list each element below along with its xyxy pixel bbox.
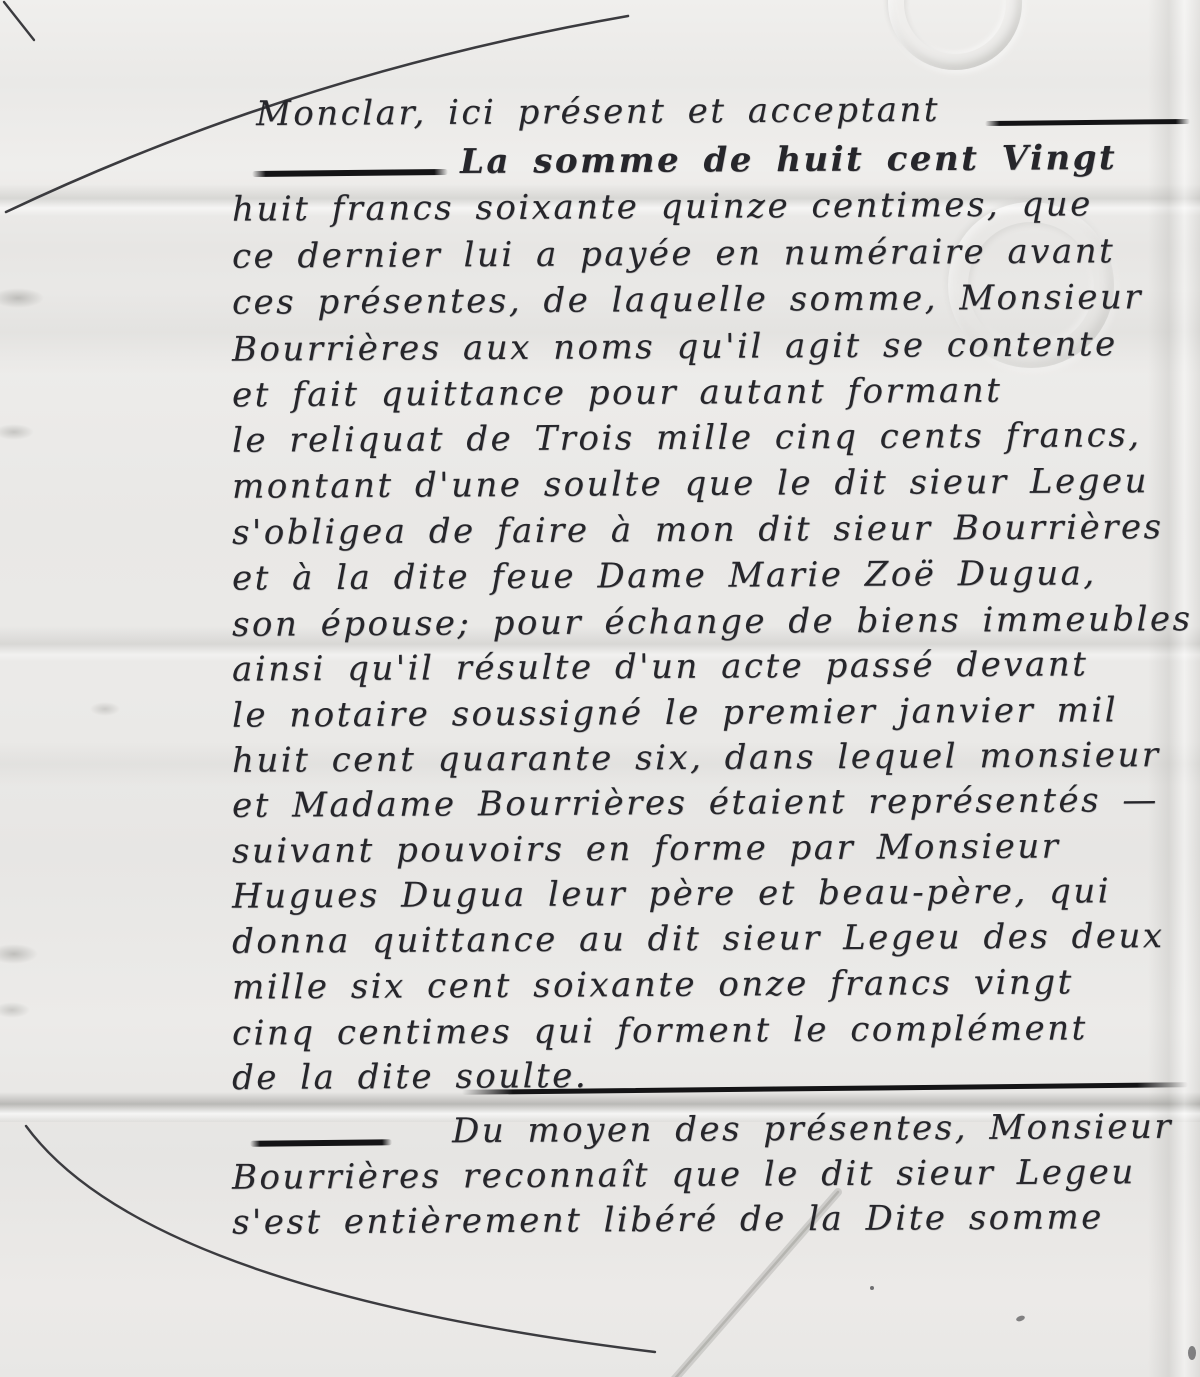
manuscript-line: Hugues Dugua leur père et beau-père, qui [232, 874, 1111, 913]
manuscript-line: suivant pouvoirs en forme par Monsieur [232, 829, 1061, 868]
paper-smudge [0, 424, 34, 440]
ink-speck [870, 1286, 874, 1290]
manuscript-line: et à la dite feue Dame Marie Zoë Dugua, [232, 556, 1097, 595]
ink-rule-before-line23 [250, 1139, 392, 1146]
manuscript-line: et Madame Bourrières étaient représentés… [232, 783, 1159, 823]
pen-stroke-corner [4, 2, 34, 40]
manuscript-line: ce dernier lui a payée en numéraire avan… [232, 234, 1115, 273]
ink-rule-before-line2 [252, 169, 448, 177]
manuscript-line: Du moyen des présentes, Monsieur [452, 1110, 1173, 1148]
manuscript-line: son épouse; pour échange de biens immeub… [232, 602, 1193, 642]
paper-smudge [0, 944, 38, 964]
ink-rule-after-line1 [985, 119, 1190, 126]
manuscript-line: huit francs soixante quinze centimes, qu… [232, 187, 1093, 226]
manuscript-line: La somme de huit cent Vingt [460, 141, 1117, 179]
paper-smudge [90, 702, 120, 716]
paper-smudge [0, 288, 44, 308]
manuscript-page: Monclar, ici présent et acceptant La som… [0, 0, 1200, 1377]
manuscript-line: et fait quittance pour autant formant [232, 374, 1003, 413]
manuscript-line: cinq centimes qui forment le complément [232, 1011, 1088, 1050]
manuscript-line: Monclar, ici présent et acceptant [256, 93, 940, 131]
manuscript-line: mille six cent soixante onze francs ving… [232, 965, 1074, 1004]
manuscript-line: ainsi qu'il résulte d'un acte passé deva… [232, 647, 1089, 686]
manuscript-line: donna quittance au dit sieur Legeu des d… [232, 919, 1165, 959]
ink-speck [1188, 1346, 1196, 1360]
manuscript-line: s'est entièrement libéré de la Dite somm… [232, 1200, 1104, 1239]
manuscript-line: montant d'une soulte que le dit sieur Le… [232, 464, 1149, 504]
manuscript-line: huit cent quarante six, dans lequel mons… [232, 738, 1161, 778]
embossed-seal-top-icon [888, 0, 1022, 70]
manuscript-line: Bourrières reconnaît que le dit sieur Le… [232, 1155, 1136, 1195]
manuscript-line: le reliquat de Trois mille cinq cents fr… [232, 418, 1142, 458]
fold-crease-vertical [1148, 0, 1200, 1377]
manuscript-line: le notaire soussigné le premier janvier … [232, 693, 1118, 732]
manuscript-line: Bourrières aux noms qu'il agit se conten… [232, 327, 1118, 366]
manuscript-line: ces présentes, de laquelle somme, Monsie… [232, 280, 1143, 320]
seal-inner-ring [904, 0, 1006, 54]
manuscript-line: de la dite soulte. [232, 1059, 588, 1095]
paper-smudge [0, 1002, 30, 1018]
ink-speck [1015, 1315, 1025, 1323]
manuscript-line: s'obligea de faire à mon dit sieur Bourr… [232, 510, 1164, 550]
